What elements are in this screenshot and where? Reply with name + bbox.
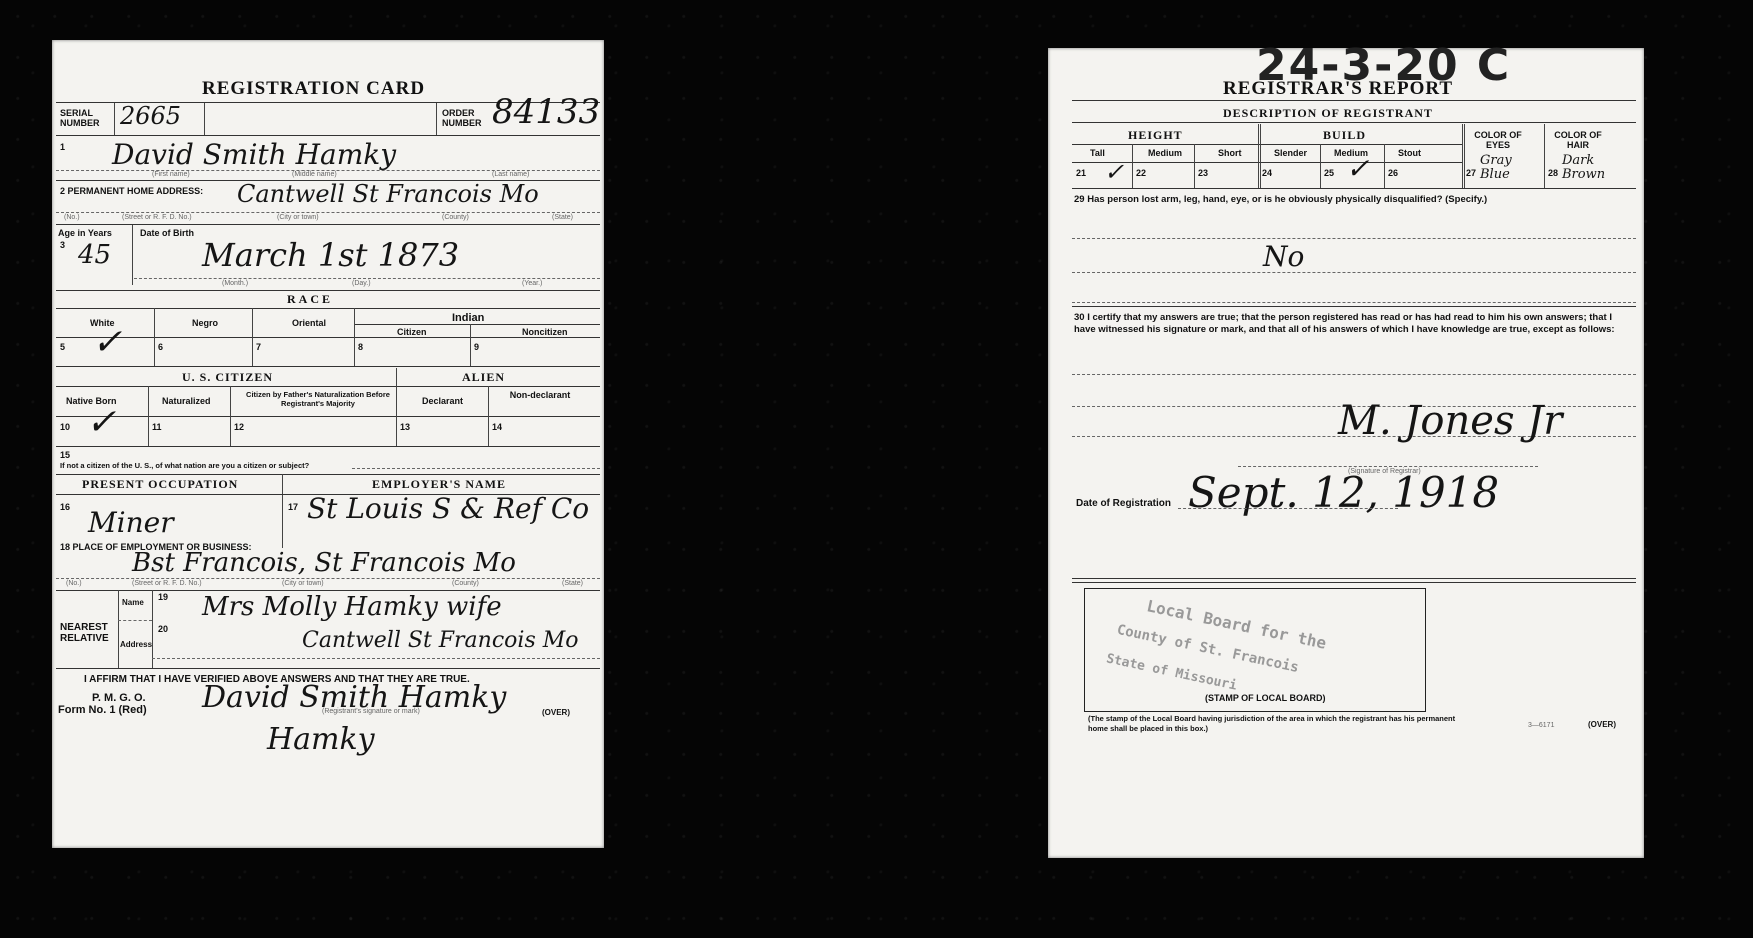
age-value: 45 <box>78 240 111 270</box>
q29-text: 29 Has person lost arm, leg, hand, eye, … <box>1074 194 1634 206</box>
tall-check: ✓ <box>1104 158 1124 186</box>
card-title: REGISTRATION CARD <box>202 78 425 100</box>
date-of-birth: March 1st 1873 <box>202 236 459 274</box>
place-of-employment: Bst Francois, St Francois Mo <box>132 548 516 578</box>
date-of-registration-label: Date of Registration <box>1076 498 1171 509</box>
registrant-name: David Smith Hamky <box>112 138 396 171</box>
relative-name: Mrs Molly Hamky wife <box>202 592 502 622</box>
description-title: DESCRIPTION OF REGISTRANT <box>1223 106 1433 121</box>
native-born-check: ✓ <box>86 402 116 443</box>
occupation-title: PRESENT OCCUPATION <box>82 477 238 492</box>
signature-extra: Hamky <box>267 722 375 757</box>
nearest-relative-label: NEAREST RELATIVE <box>60 622 120 644</box>
medium-build-check: ✓ <box>1346 152 1369 185</box>
q30-text: 30 I certify that my answers are true; t… <box>1074 312 1634 336</box>
employer-title: EMPLOYER'S NAME <box>372 477 506 492</box>
order-value: 84133 <box>492 92 600 132</box>
alien-title: ALIEN <box>462 370 505 385</box>
order-label: ORDER NUMBER <box>442 108 488 128</box>
q15-text: If not a citizen of the U. S., of what n… <box>60 461 309 470</box>
serial-value: 2665 <box>120 102 181 130</box>
serial-label: SERIAL NUMBER <box>60 108 110 128</box>
relative-address: Cantwell St Francois Mo <box>302 628 579 653</box>
employer-value: St Louis S & Ref Co <box>307 492 589 525</box>
registration-card-front: REGISTRATION CARD SERIAL NUMBER 2665 ORD… <box>52 40 604 848</box>
race-title: RACE <box>287 292 333 307</box>
date-of-registration: Sept. 12, 1918 <box>1188 468 1499 517</box>
local-board-stamp-box: Local Board for the County of St. Franco… <box>1084 588 1426 712</box>
address-label: 2 PERMANENT HOME ADDRESS: <box>60 186 203 196</box>
occupation-value: Miner <box>88 506 174 539</box>
eye-color: Gray Blue <box>1480 154 1530 182</box>
report-title: REGISTRAR'S REPORT <box>1223 78 1453 100</box>
home-address: Cantwell St Francois Mo <box>237 180 539 208</box>
hair-color: Dark Brown <box>1562 154 1622 182</box>
white-check: ✓ <box>92 322 122 363</box>
q29-answer: No <box>1263 240 1304 273</box>
registrars-report-back: 24-3-20 C REGISTRAR'S REPORT DESCRIPTION… <box>1048 48 1644 858</box>
stamp-note: (The stamp of the Local Board having jur… <box>1088 714 1468 734</box>
us-citizen-title: U. S. CITIZEN <box>182 370 273 385</box>
registrar-signature: M. Jones Jr <box>1338 398 1562 444</box>
